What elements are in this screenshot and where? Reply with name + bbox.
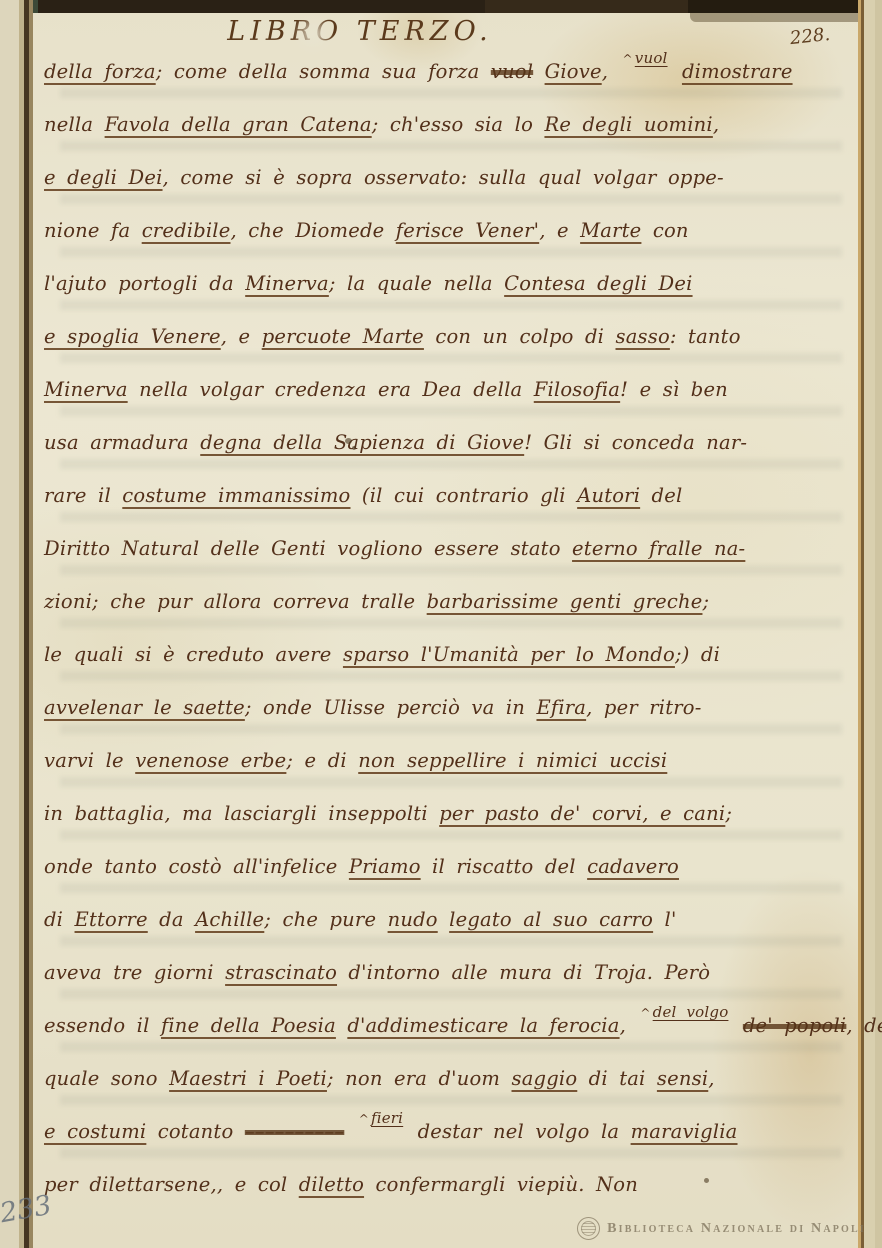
text-segment: di bbox=[44, 908, 75, 931]
text-segment: Diritto Natural delle Genti vogliono ess… bbox=[44, 537, 572, 560]
underlined-text: costume immanissimo bbox=[122, 484, 350, 507]
underlined-text: Giove bbox=[545, 60, 602, 83]
text-segment bbox=[671, 60, 682, 83]
manuscript-line: e costumi cotanto –––––––––– fieri desta… bbox=[44, 1120, 848, 1173]
manuscript-line: e degli Dei, come si è sopra osservato: … bbox=[44, 166, 848, 219]
text-segment: essendo il bbox=[44, 1014, 161, 1037]
underlined-text: d'addimesticare la ferocia bbox=[347, 1014, 619, 1037]
underlined-text: Efira bbox=[536, 696, 586, 719]
manuscript-line: di Ettorre da Achille; che pure nudo leg… bbox=[44, 908, 848, 961]
manuscript-line: della forza; come della somma sua forza … bbox=[44, 60, 848, 113]
library-seal-icon bbox=[577, 1217, 600, 1240]
ink-speck bbox=[704, 1178, 709, 1183]
text-segment: con un colpo di bbox=[424, 325, 616, 348]
manuscript-line: rare il costume immanissimo (il cui cont… bbox=[44, 484, 848, 537]
text-segment: aveva tre giorni bbox=[44, 961, 225, 984]
underlined-text: Autori bbox=[577, 484, 640, 507]
text-segment: l' bbox=[653, 908, 676, 931]
manuscript-line: zioni; che pur allora correva tralle bar… bbox=[44, 590, 848, 643]
underlined-text: percuote Marte bbox=[262, 325, 424, 348]
manuscript-line: avvelenar le saette; onde Ulisse perciò … bbox=[44, 696, 848, 749]
underlined-text: e degli Dei bbox=[44, 166, 163, 189]
text-segment: (il cui contrario gli bbox=[351, 484, 578, 507]
text-segment: , del bbox=[846, 1014, 882, 1037]
paper-damage-spot bbox=[292, 14, 334, 54]
text-segment: , come si è sopra osservato: sulla qual … bbox=[163, 166, 724, 189]
text-segment: ; e di bbox=[286, 749, 358, 772]
manuscript-line: nione fa credibile, che Diomede ferisce … bbox=[44, 219, 848, 272]
text-segment bbox=[731, 1014, 742, 1037]
text-segment: zioni; che pur allora correva tralle bbox=[44, 590, 427, 613]
text-segment: il riscatto del bbox=[421, 855, 587, 878]
underlined-text: cadavero bbox=[587, 855, 679, 878]
text-segment: cotanto bbox=[146, 1120, 244, 1143]
struck-text: vuol bbox=[491, 60, 533, 83]
text-segment: ; ch'esso sia lo bbox=[372, 113, 545, 136]
text-segment bbox=[438, 908, 449, 931]
underlined-text: saggio bbox=[512, 1067, 578, 1090]
text-segment: ; bbox=[702, 590, 709, 613]
text-segment: nella bbox=[44, 113, 105, 136]
text-segment bbox=[336, 1014, 347, 1037]
underlined-text: Achille bbox=[195, 908, 264, 931]
manuscript-line: Diritto Natural delle Genti vogliono ess… bbox=[44, 537, 848, 590]
manuscript-line: e spoglia Venere, e percuote Marte con u… bbox=[44, 325, 848, 378]
inserted-text: fieri bbox=[359, 1109, 403, 1127]
manuscript-line: l'ajuto portogli da Minerva; la quale ne… bbox=[44, 272, 848, 325]
underlined-text: dimostrare bbox=[682, 60, 793, 83]
underlined-text: Minerva bbox=[44, 378, 128, 401]
underlined-text: per pasto de' corvi, e cani bbox=[439, 802, 725, 825]
underlined-text: maraviglia bbox=[631, 1120, 738, 1143]
text-segment: quale sono bbox=[44, 1067, 169, 1090]
text-segment: , bbox=[708, 1067, 714, 1090]
manuscript-line: onde tanto costò all'infelice Priamo il … bbox=[44, 855, 848, 908]
text-segment: ; bbox=[725, 802, 732, 825]
text-segment: da bbox=[148, 908, 195, 931]
library-watermark: Biblioteca Nazionale di Napoli bbox=[577, 1217, 866, 1240]
underlined-text: venenose erbe bbox=[135, 749, 286, 772]
text-segment: , e bbox=[539, 219, 580, 242]
underlined-text: Re degli uomini bbox=[544, 113, 712, 136]
manuscript-line: varvi le venenose erbe; e di non seppell… bbox=[44, 749, 848, 802]
text-segment: l'ajuto portogli da bbox=[44, 272, 245, 295]
underlined-text: Marte bbox=[580, 219, 641, 242]
text-segment: , bbox=[602, 60, 620, 83]
text-segment: ; onde Ulisse perciò va in bbox=[245, 696, 537, 719]
text-segment: per dilettarsene,, e col bbox=[44, 1173, 299, 1196]
text-segment: , e bbox=[221, 325, 262, 348]
underlined-text: Favola della gran Catena bbox=[105, 113, 372, 136]
library-name: Biblioteca Nazionale di Napoli bbox=[607, 1221, 866, 1237]
manuscript-text: della forza; come della somma sua forza … bbox=[44, 60, 848, 1226]
underlined-text: Ettorre bbox=[75, 908, 148, 931]
underlined-text: Priamo bbox=[349, 855, 421, 878]
underlined-text: e costumi bbox=[44, 1120, 146, 1143]
text-segment bbox=[533, 60, 544, 83]
text-segment: d'intorno alle mura di Troja. Però bbox=[337, 961, 710, 984]
chapter-title: LIBRO TERZO. bbox=[60, 16, 660, 47]
text-segment: ; la quale nella bbox=[329, 272, 504, 295]
text-segment bbox=[344, 1120, 355, 1143]
struck-text: de' popoli bbox=[743, 1014, 847, 1037]
manuscript-line: quale sono Maestri i Poeti; non era d'uo… bbox=[44, 1067, 848, 1120]
book-top-edge bbox=[0, 0, 882, 13]
ink-speck bbox=[352, 446, 356, 450]
text-segment: nella volgar credenza era Dea della bbox=[128, 378, 534, 401]
text-segment: confermargli viepiù. Non bbox=[364, 1173, 638, 1196]
manuscript-line: in battaglia, ma lasciargli inseppolti p… bbox=[44, 802, 848, 855]
manuscript-line: nella Favola della gran Catena; ch'esso … bbox=[44, 113, 848, 166]
text-segment: di tai bbox=[577, 1067, 657, 1090]
underlined-text: diletto bbox=[299, 1173, 364, 1196]
underlined-text: barbarissime genti greche bbox=[427, 590, 703, 613]
folio-number: 228. bbox=[789, 24, 831, 49]
inserted-text: vuol bbox=[623, 49, 668, 67]
book-gutter bbox=[0, 0, 38, 1248]
underlined-text: Maestri i Poeti bbox=[169, 1067, 327, 1090]
ink-speck bbox=[345, 438, 352, 444]
inserted-text: del volgo bbox=[640, 1003, 728, 1021]
underlined-text: strascinato bbox=[225, 961, 337, 984]
text-segment: onde tanto costò all'infelice bbox=[44, 855, 349, 878]
text-segment: destar nel volgo la bbox=[406, 1120, 630, 1143]
underlined-text: non seppellire i nimici uccisi bbox=[358, 749, 667, 772]
underlined-text: della forza bbox=[44, 60, 156, 83]
underlined-text: credibile bbox=[142, 219, 231, 242]
underlined-text: eterno fralle na- bbox=[572, 537, 745, 560]
text-segment: rare il bbox=[44, 484, 122, 507]
text-segment: : tanto bbox=[670, 325, 741, 348]
text-segment: ! Gli si conceda nar- bbox=[524, 431, 747, 454]
underlined-text: Contesa degli Dei bbox=[504, 272, 692, 295]
underlined-text: degna della Sapienza di Giove bbox=[200, 431, 524, 454]
underlined-text: avvelenar le saette bbox=[44, 696, 245, 719]
text-segment: , per ritro- bbox=[586, 696, 701, 719]
text-segment: nione fa bbox=[44, 219, 142, 242]
underlined-text: ferisce Vener' bbox=[396, 219, 539, 242]
text-segment: le quali si è creduto avere bbox=[44, 643, 343, 666]
text-segment: varvi le bbox=[44, 749, 135, 772]
manuscript-line: le quali si è creduto avere sparso l'Uma… bbox=[44, 643, 848, 696]
manuscript-line: usa armadura degna della Sapienza di Gio… bbox=[44, 431, 848, 484]
text-segment: in battaglia, ma lasciargli inseppolti bbox=[44, 802, 439, 825]
underlined-text: sparso l'Umanità per lo Mondo bbox=[343, 643, 675, 666]
underlined-text: sasso bbox=[616, 325, 670, 348]
page-right-edge bbox=[855, 0, 882, 1248]
text-segment: ;) di bbox=[675, 643, 720, 666]
underlined-text: nudo bbox=[388, 908, 438, 931]
underlined-text: sensi bbox=[657, 1067, 708, 1090]
manuscript-page: LIBRO TERZO. 228. della forza; come dell… bbox=[0, 0, 882, 1248]
underlined-text: legato al suo carro bbox=[449, 908, 653, 931]
text-segment: usa armadura bbox=[44, 431, 200, 454]
text-segment: , che Diomede bbox=[231, 219, 396, 242]
manuscript-line: essendo il fine della Poesia d'addimesti… bbox=[44, 1014, 848, 1067]
struck-text: –––––––––– bbox=[245, 1120, 345, 1143]
text-segment: , bbox=[620, 1014, 638, 1037]
underlined-text: Minerva bbox=[245, 272, 329, 295]
text-segment: , bbox=[713, 113, 719, 136]
text-segment: ; che pure bbox=[264, 908, 387, 931]
text-segment: ; come della somma sua forza bbox=[156, 60, 491, 83]
underlined-text: Filosofia bbox=[534, 378, 620, 401]
text-segment: ! e sì ben bbox=[620, 378, 728, 401]
text-segment: con bbox=[641, 219, 688, 242]
text-segment: ; non era d'uom bbox=[327, 1067, 512, 1090]
text-segment: del bbox=[640, 484, 682, 507]
underlined-text: e spoglia Venere bbox=[44, 325, 221, 348]
manuscript-line: Minerva nella volgar credenza era Dea de… bbox=[44, 378, 848, 431]
underlined-text: fine della Poesia bbox=[161, 1014, 336, 1037]
